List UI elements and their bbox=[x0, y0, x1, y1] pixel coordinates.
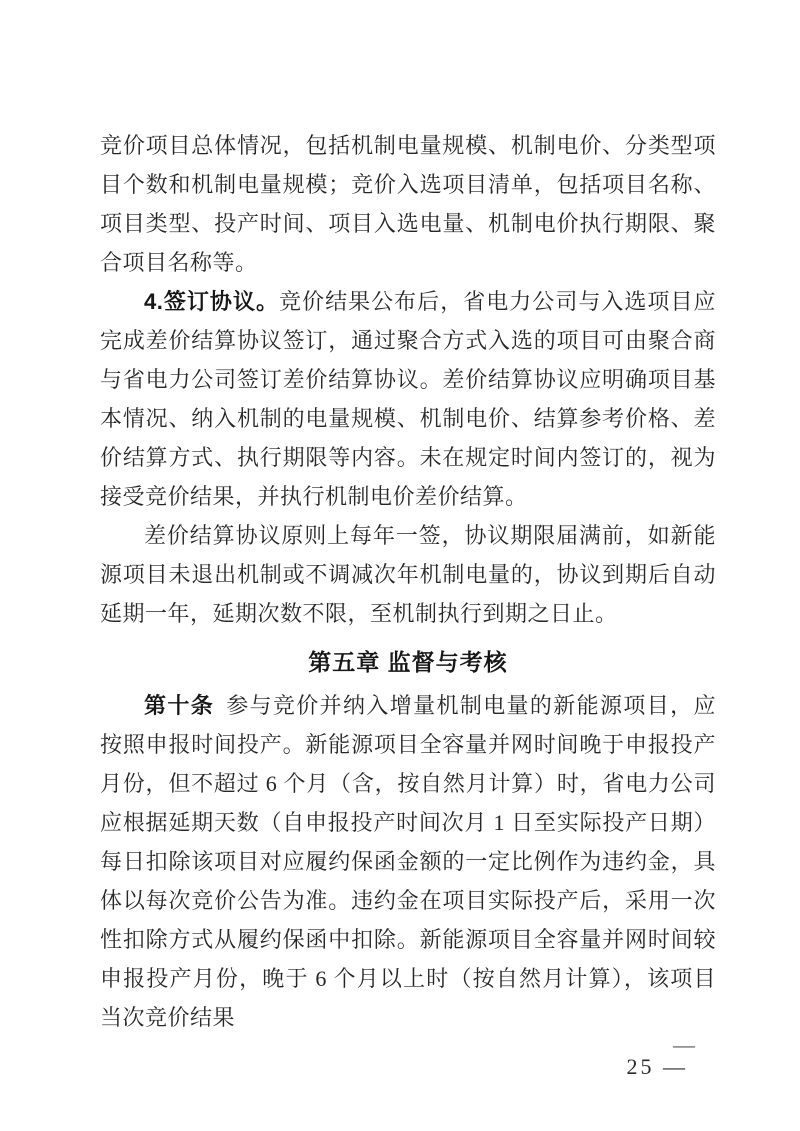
paragraph-text: 竞价项目总体情况，包括机制电量规模、机制电价、分类型项目个数和机制电量规模；竞价… bbox=[100, 133, 716, 275]
page-footer: — 25 — bbox=[627, 1036, 689, 1080]
footer-page-number-row: 25 — bbox=[627, 1054, 689, 1080]
paragraph-text: 竞价结果公布后，省电力公司与入选项目应完成差价结算协议签订，通过聚合方式入选的项… bbox=[100, 289, 716, 509]
article-number-bold: 第十条 bbox=[144, 693, 214, 718]
page-number: 25 bbox=[627, 1054, 655, 1079]
paragraph-agreement-renewal: 差价结算协议原则上每年一签，协议期限届满前，如新能源项目未退出机制或不调减次年机… bbox=[100, 516, 716, 633]
paragraph-article-ten: 第十条参与竞价并纳入增量机制电量的新能源项目，应按照申报时间投产。新能源项目全容… bbox=[100, 686, 716, 1037]
footer-top-dash: — bbox=[627, 1036, 696, 1054]
page-content: 竞价项目总体情况，包括机制电量规模、机制电价、分类型项目个数和机制电量规模；竞价… bbox=[100, 126, 716, 1037]
paragraph-text: 差价结算协议原则上每年一签，协议期限届满前，如新能源项目未退出机制或不调减次年机… bbox=[100, 523, 716, 626]
chapter-heading: 第五章 监督与考核 bbox=[100, 642, 716, 682]
document-page: 竞价项目总体情况，包括机制电量规模、机制电价、分类型项目个数和机制电量规模；竞价… bbox=[0, 0, 800, 1131]
paragraph-sign-agreement: 4.签订协议。竞价结果公布后，省电力公司与入选项目应完成差价结算协议签订，通过聚… bbox=[100, 282, 716, 516]
paragraph-lead-bold: 4.签订协议。 bbox=[144, 289, 279, 314]
paragraph-continuation: 竞价项目总体情况，包括机制电量规模、机制电价、分类型项目个数和机制电量规模；竞价… bbox=[100, 126, 716, 282]
footer-trailing-dash: — bbox=[663, 1054, 688, 1079]
paragraph-text: 参与竞价并纳入增量机制电量的新能源项目，应按照申报时间投产。新能源项目全容量并网… bbox=[100, 693, 716, 1030]
